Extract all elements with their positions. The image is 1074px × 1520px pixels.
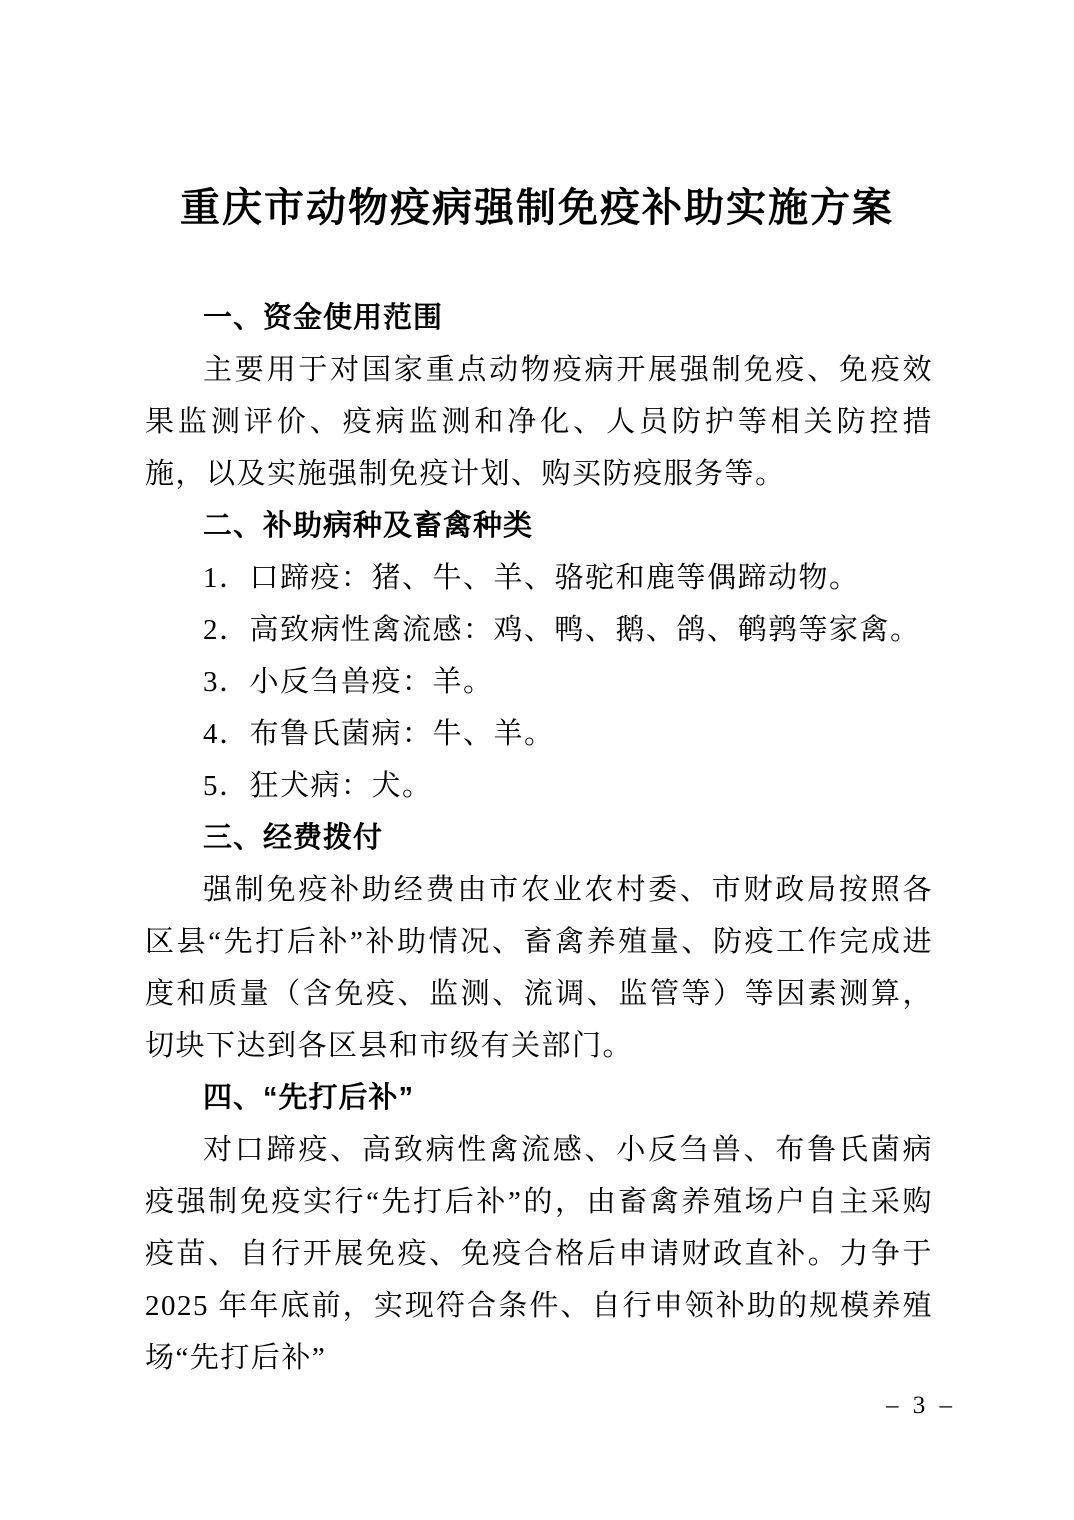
page-number: – 3 –: [886, 1392, 956, 1420]
list-item: 5．狂犬病：犬。: [145, 760, 933, 812]
list-item: 4．布鲁氏菌病：牛、羊。: [145, 708, 933, 760]
document-body: 一、资金使用范围 主要用于对国家重点动物疫病开展强制免疫、免疫效果监测评价、疫病…: [145, 292, 933, 1384]
section-heading-disease-types: 二、补助病种及畜禽种类: [145, 500, 933, 552]
section-heading-fund-allocation: 三、经费拨付: [145, 812, 933, 864]
document-page: 重庆市动物疫病强制免疫补助实施方案 一、资金使用范围 主要用于对国家重点动物疫病…: [0, 0, 1074, 1520]
section-heading-funds-scope: 一、资金使用范围: [145, 292, 933, 344]
paragraph: 对口蹄疫、高致病性禽流感、小反刍兽、布鲁氏菌病疫强制免疫实行“先打后补”的，由畜…: [145, 1124, 933, 1384]
section-heading-vaccinate-first-subsidize-later: 四、“先打后补”: [145, 1072, 933, 1124]
document-title: 重庆市动物疫病强制免疫补助实施方案: [70, 183, 1004, 233]
paragraph: 主要用于对国家重点动物疫病开展强制免疫、免疫效果监测评价、疫病监测和净化、人员防…: [145, 344, 933, 500]
list-item: 1．口蹄疫：猪、牛、羊、骆驼和鹿等偶蹄动物。: [145, 552, 933, 604]
list-item: 2．高致病性禽流感：鸡、鸭、鹅、鸽、鹌鹑等家禽。: [145, 604, 933, 656]
paragraph: 强制免疫补助经费由市农业农村委、市财政局按照各区县“先打后补”补助情况、畜禽养殖…: [145, 864, 933, 1072]
list-item: 3．小反刍兽疫：羊。: [145, 656, 933, 708]
